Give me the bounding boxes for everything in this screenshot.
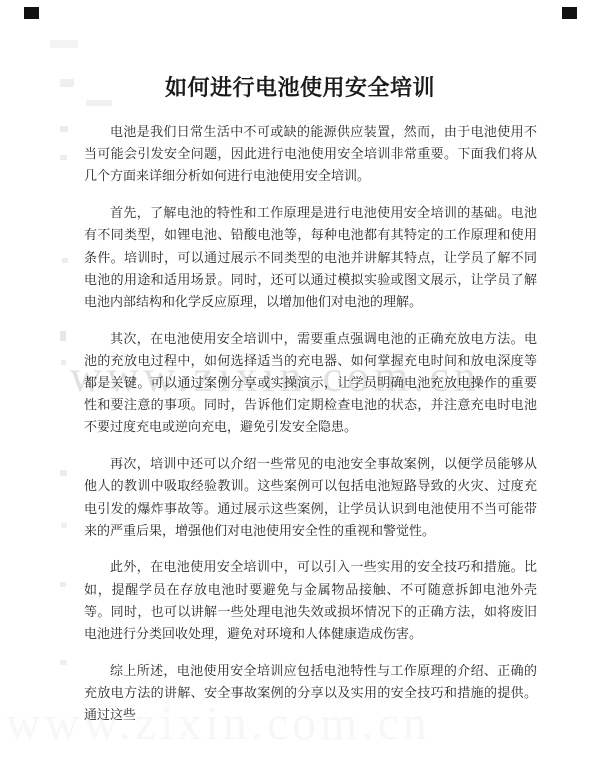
- scan-mark-top-right-icon: [562, 7, 577, 19]
- document-page: 如何进行电池使用安全培训 电池是我们日常生活中不可或缺的能源供应装置，然而，由于…: [0, 0, 600, 776]
- scan-noise: [60, 331, 66, 341]
- paragraph: 综上所述，电池使用安全培训应包括电池特性与工作原理的介绍、正确的充放电方法的讲解…: [84, 660, 537, 727]
- paragraph: 首先，了解电池的特性和工作原理是进行电池使用安全培训的基础。电池有不同类型，如锂…: [84, 202, 537, 313]
- scan-mark-top-left-icon: [24, 7, 39, 19]
- scan-noise: [60, 582, 66, 587]
- scan-noise: [60, 660, 67, 665]
- paragraph: 再次，培训中还可以介绍一些常见的电池安全事故案例，以便学员能够从他人的教训中吸取…: [84, 453, 537, 542]
- scan-noise: [60, 470, 67, 476]
- scan-noise: [50, 40, 78, 48]
- paragraph: 此外，在电池使用安全培训中，可以引入一些实用的安全技巧和措施。比如，提醒学员在存…: [84, 556, 537, 645]
- paragraph: 电池是我们日常生活中不可或缺的能源供应装置，然而，由于电池使用不当可能会引发安全…: [84, 121, 537, 188]
- paragraph: 其次，在电池使用安全培训中，需要重点强调电池的正确充放电方法。电池的充放电过程中…: [84, 328, 537, 439]
- page-title: 如何进行电池使用安全培训: [0, 76, 600, 100]
- scan-noise: [61, 523, 67, 528]
- scan-noise: [61, 360, 66, 365]
- scan-noise: [60, 126, 68, 132]
- scan-noise: [60, 155, 67, 160]
- scan-noise: [86, 100, 112, 106]
- scan-noise: [62, 258, 68, 263]
- document-body: 电池是我们日常生活中不可或缺的能源供应装置，然而，由于电池使用不当可能会引发安全…: [84, 121, 537, 741]
